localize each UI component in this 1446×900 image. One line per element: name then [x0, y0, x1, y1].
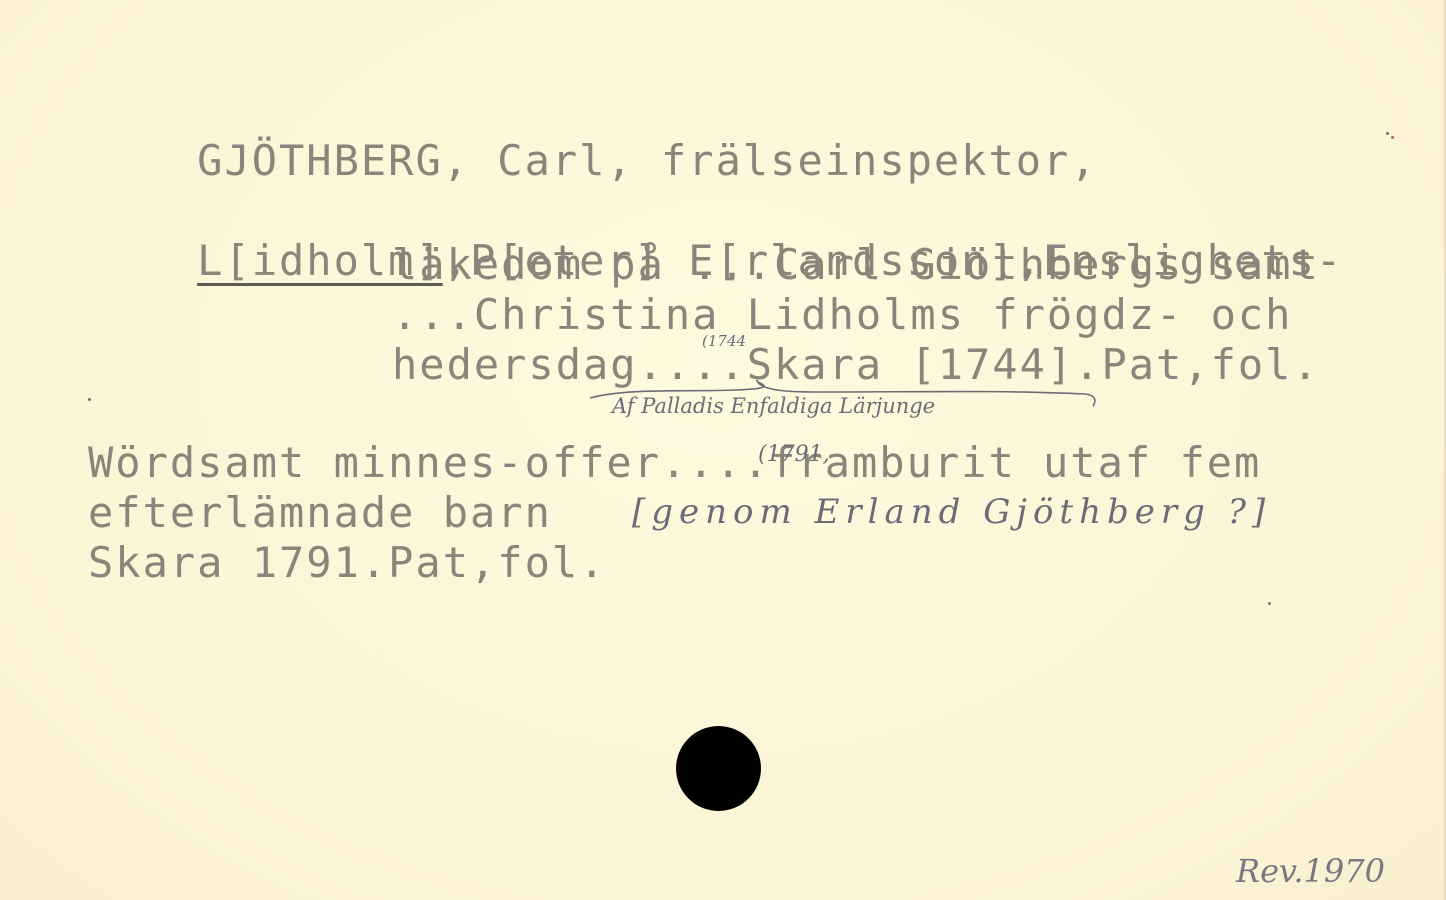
- punch-hole: [676, 726, 761, 811]
- entry1-line2: läkedom på ...Carl Giöthbergs samt: [392, 242, 1320, 288]
- entry2-line3: Skara 1791.Pat,fol.: [88, 540, 606, 586]
- entry1-annotation-note: Af Palladis Enfaldiga Lärjunge: [612, 394, 935, 418]
- entry1-annotation-year: (1744: [702, 332, 746, 350]
- heading-surname: GJÖTHBERG: [197, 136, 443, 185]
- speck-mark: [1386, 132, 1389, 135]
- heading-rest: , Carl, frälseinspektor,: [443, 136, 1098, 185]
- speck-mark: [88, 398, 91, 401]
- entry2-annotation-note: [genom Erland Gjöthberg ?]: [632, 492, 1271, 532]
- speck-mark: [1268, 602, 1271, 605]
- speck-mark: [1391, 136, 1394, 139]
- entry2-line2: efterlämnade barn: [88, 490, 552, 536]
- entry1-line3: ...Christina Lidholms frögdz- och: [392, 292, 1292, 338]
- entry2-annotation-year: (1791,: [758, 442, 830, 467]
- revision-note: Rev.1970: [1236, 852, 1385, 890]
- entry2-line1: Wördsamt minnes-offer....framburit utaf …: [88, 440, 1261, 486]
- catalog-card: GJÖTHBERG, Carl, frälseinspektor, L[idho…: [0, 0, 1446, 900]
